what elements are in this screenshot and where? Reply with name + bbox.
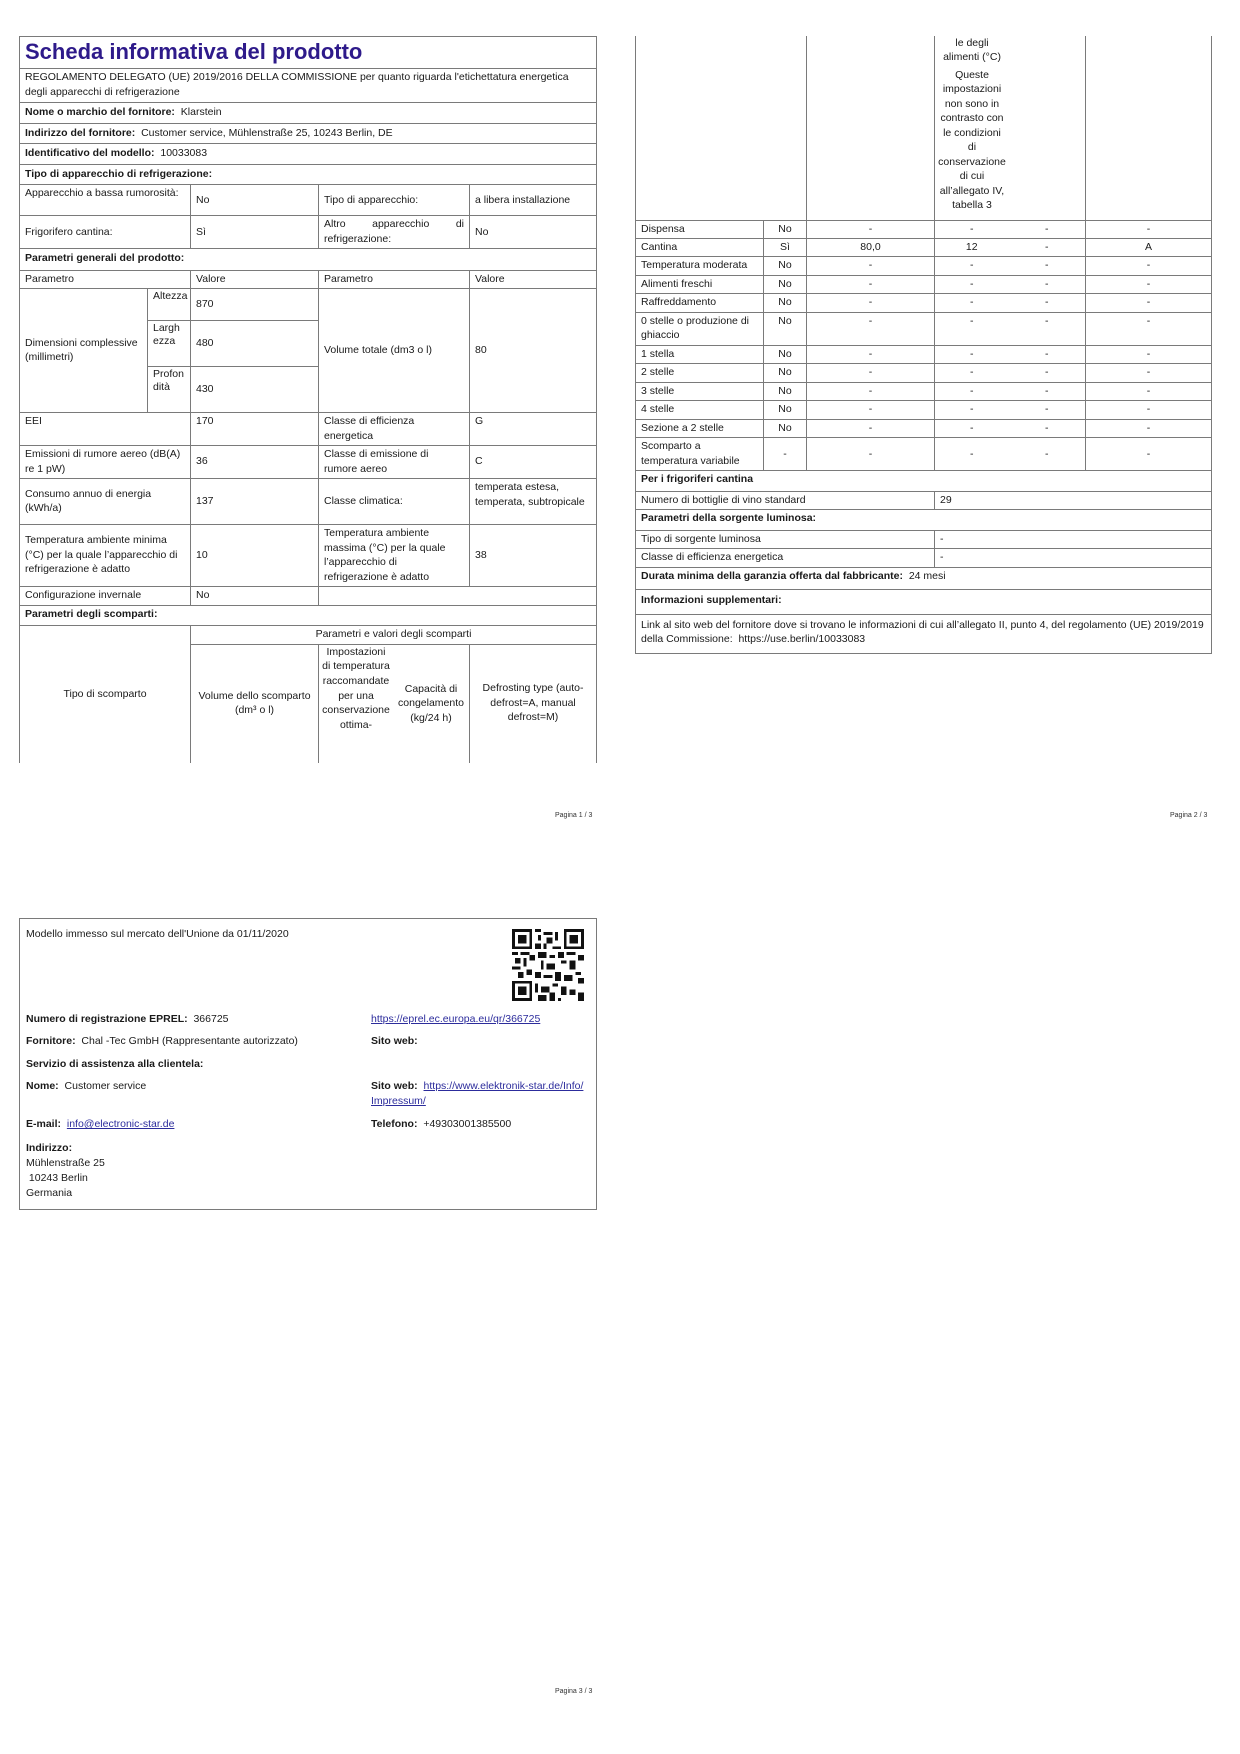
compartment-freezing: - (1009, 401, 1086, 419)
supplier-address-row: Indirizzo del fornitore: Customer servic… (20, 123, 596, 143)
empty-cell (807, 36, 935, 220)
compartment-defrost: A (1086, 238, 1212, 256)
energy-consumption-value: 137 (191, 479, 319, 525)
compartment-volume: - (807, 345, 935, 363)
dimensions-label: Dimensioni complessive (millimetri) (20, 289, 148, 413)
header-value-2: Valore (470, 271, 597, 289)
compartment-present: No (764, 345, 807, 363)
model-id: 10033083 (160, 147, 207, 159)
website-label: Sito web: (371, 1034, 418, 1048)
depth-value: 430 (191, 367, 319, 413)
compartment-defrost: - (1086, 438, 1212, 471)
compartment-freezing: - (1009, 294, 1086, 312)
eei-label: EEI (20, 413, 191, 446)
compartments-table: le degli alimenti (°C) Queste impostazio… (635, 36, 1212, 492)
noise-emission-label: Emissioni di rumore aereo (dB(A) re 1 pW… (20, 446, 191, 479)
compartment-volume: - (807, 275, 935, 293)
table-row: RaffreddamentoNo---- (636, 294, 1212, 312)
page-2: le degli alimenti (°C) Queste impostazio… (635, 36, 1212, 654)
page-number-1: Pagina 1 / 3 (555, 811, 592, 821)
customer-service-heading: Servizio di assistenza alla clientela: (26, 1057, 203, 1071)
table-row: 2 stelleNo---- (636, 364, 1212, 382)
max-temp-label: Temperatura ambiente massima (°C) per la… (319, 525, 470, 587)
compartment-volume-header: Volume dello scomparto (dm³ o l) (191, 644, 319, 763)
temperature-header-cont: le degli alimenti (°C) (938, 36, 1006, 65)
table-row: CantinaSì80,012-A (636, 238, 1212, 256)
compartment-freezing: - (1009, 220, 1086, 238)
depth-label: Profondità (148, 367, 191, 413)
noise-class-value: C (470, 446, 597, 479)
compartment-present: Sì (764, 238, 807, 256)
phone-row: Telefono: +49303001385500 (371, 1117, 511, 1131)
compartment-type: 1 stella (636, 345, 764, 363)
model-id-label: Identificativo del modello: (25, 147, 155, 159)
additional-link[interactable]: https://use.berlin/10033083 (738, 633, 865, 645)
total-volume-value: 80 (470, 289, 597, 413)
eprel-number: 366725 (193, 1013, 228, 1025)
light-class-label: Classe di efficienza energetica (636, 549, 935, 567)
page-title: Scheda informativa del prodotto (20, 37, 596, 68)
freezing-capacity-header: Capacità di congelamento (kg/24 h) (393, 645, 469, 763)
table-row: Apparecchio a bassa rumorosità: No Tipo … (20, 185, 597, 216)
appliance-type-label: Tipo di apparecchio: (319, 185, 470, 216)
compartment-type: Cantina (636, 238, 764, 256)
cs-website-row: Sito web: https://www.elektronik-star.de… (371, 1079, 586, 1109)
compartment-present: No (764, 401, 807, 419)
compartment-temperature: - (935, 419, 1009, 437)
compartment-volume: - (807, 364, 935, 382)
page-1: Scheda informativa del prodotto REGOLAME… (19, 36, 597, 763)
table-row: Configurazione invernale No (20, 587, 597, 605)
table-row: Temperatura ambiente minima (°C) per la … (20, 525, 597, 587)
header-param-2: Parametro (319, 271, 470, 289)
compartment-volume: - (807, 382, 935, 400)
energy-class-label: Classe di efficienza energetica (319, 413, 470, 446)
supplier-address-label: Indirizzo del fornitore: (25, 127, 135, 139)
temperature-header: Impostazioni di temperatura raccomandate… (319, 645, 393, 763)
additional-text: Link al sito web del fornitore dove si t… (641, 619, 1204, 645)
warranty-value: 24 mesi (909, 570, 946, 582)
compartment-temperature: - (935, 345, 1009, 363)
eprel-label: Numero di registrazione EPREL: (26, 1013, 188, 1025)
compartment-temperature: - (935, 382, 1009, 400)
compartment-freezing: - (1009, 238, 1086, 256)
climate-class-label: Classe climatica: (319, 479, 470, 525)
temperature-header-note: Queste impostazioni non sono in contrast… (938, 68, 1006, 213)
address-line: 10243 Berlin (26, 1171, 105, 1186)
compartment-volume: - (807, 257, 935, 275)
email-row: E-mail: info@electronic-star.de (26, 1117, 174, 1131)
noise-class-label: Classe di emissione di rumore aereo (319, 446, 470, 479)
page-3: Modello immesso sul mercato dell'Unione … (19, 918, 597, 1210)
table-row: Scomparto a temperatura variabile----- (636, 438, 1212, 471)
name-label: Nome: (26, 1080, 59, 1092)
market-date: Modello immesso sul mercato dell'Unione … (26, 927, 289, 941)
light-heading: Parametri della sorgente luminosa: (636, 510, 1212, 530)
table-header-row: Parametro Valore Parametro Valore (20, 271, 597, 289)
compartment-freezing: - (1009, 419, 1086, 437)
compartment-freezing: - (1009, 364, 1086, 382)
compartment-temperature: - (935, 294, 1009, 312)
compartment-present: No (764, 364, 807, 382)
wine-bottles-label: Numero di bottiglie di vino standard (636, 491, 935, 509)
cs-website-label: Sito web: (371, 1080, 418, 1092)
compartment-type: Raffreddamento (636, 294, 764, 312)
name-row: Nome: Customer service (26, 1079, 146, 1093)
name-value: Customer service (65, 1080, 147, 1092)
empty-cell (319, 587, 597, 605)
page-number-2: Pagina 2 / 3 (1170, 811, 1207, 821)
table-row: Temperatura moderataNo---- (636, 257, 1212, 275)
warranty-label: Durata minima della garanzia offerta dal… (641, 570, 903, 582)
wine-cooler-label: Frigorifero cantina: (20, 216, 191, 249)
supplier-name-row: Nome o marchio del fornitore: Klarstein (20, 102, 596, 122)
email-label: E-mail: (26, 1118, 61, 1130)
email-link[interactable]: info@electronic-star.de (67, 1118, 175, 1130)
compartment-present: No (764, 312, 807, 345)
compartment-temperature: 12 (935, 238, 1009, 256)
height-value: 870 (191, 289, 319, 321)
temp-freezing-header-cell: Impostazioni di temperatura raccomandate… (319, 644, 470, 763)
eprel-link[interactable]: https://eprel.ec.europa.eu/qr/366725 (371, 1012, 540, 1026)
table-row: Consumo annuo di energia (kWh/a) 137 Cla… (20, 479, 597, 525)
compartment-volume: - (807, 438, 935, 471)
compartment-freezing: - (1009, 438, 1086, 471)
light-class-value: - (935, 549, 1212, 567)
compartment-type: Dispensa (636, 220, 764, 238)
light-type-value: - (935, 530, 1212, 548)
address-label: Indirizzo: (26, 1141, 105, 1156)
compartment-volume: - (807, 312, 935, 345)
eei-value: 170 (191, 413, 319, 446)
compartment-type: Sezione a 2 stelle (636, 419, 764, 437)
appliance-type-heading: Tipo di apparecchio di refrigerazione: (20, 164, 596, 184)
light-type-label: Tipo di sorgente luminosa (636, 530, 935, 548)
header-value: Valore (191, 271, 319, 289)
compartment-defrost: - (1086, 419, 1212, 437)
winter-config-label: Configurazione invernale (20, 587, 191, 605)
compartment-volume: - (807, 220, 935, 238)
additional-heading: Informazioni supplementari: (636, 590, 1212, 614)
address-line: Germania (26, 1186, 105, 1201)
compartment-type: Temperatura moderata (636, 257, 764, 275)
general-params-heading: Parametri generali del prodotto: (20, 249, 597, 270)
wine-cooler-value: Sì (191, 216, 319, 249)
low-noise-value: No (191, 185, 319, 216)
compartment-temperature: - (935, 364, 1009, 382)
address-line: Mühlenstraße 25 (26, 1156, 105, 1171)
empty-cell (636, 36, 807, 220)
compartments-heading: Parametri degli scomparti: (20, 605, 597, 625)
height-label: Altezza (148, 289, 191, 321)
table-row: EEI 170 Classe di efficienza energetica … (20, 413, 597, 446)
table-row: Emissioni di rumore aereo (dB(A) re 1 pW… (20, 446, 597, 479)
table-row: DispensaNo---- (636, 220, 1212, 238)
compartment-freezing: - (1009, 312, 1086, 345)
compartment-type: 2 stelle (636, 364, 764, 382)
compartment-freezing: - (1009, 275, 1086, 293)
header-param: Parametro (20, 271, 191, 289)
compartment-type: Scomparto a temperatura variabile (636, 438, 764, 471)
appliance-type-table: Apparecchio a bassa rumorosità: No Tipo … (19, 184, 597, 270)
compartment-type: 4 stelle (636, 401, 764, 419)
compartment-present: No (764, 294, 807, 312)
compartment-defrost: - (1086, 257, 1212, 275)
compartment-present: No (764, 419, 807, 437)
compartment-type-header: Tipo di scomparto (20, 626, 191, 762)
compartment-present: No (764, 382, 807, 400)
qr-code-icon[interactable] (512, 929, 584, 1001)
compartments-header-table: Tipo di scomparto Parametri e valori deg… (19, 626, 597, 762)
compartment-defrost: - (1086, 382, 1212, 400)
address-block: Indirizzo: Mühlenstraße 25 10243 Berlin … (26, 1141, 105, 1201)
table-row: Sezione a 2 stelleNo---- (636, 419, 1212, 437)
other-appliance-label: Altro apparecchio di refrigerazione: (319, 216, 470, 249)
supplier-name: Klarstein (181, 106, 222, 118)
compartment-present: No (764, 257, 807, 275)
compartment-defrost: - (1086, 312, 1212, 345)
compartment-freezing: - (1009, 257, 1086, 275)
table-row: Alimenti freschiNo---- (636, 275, 1212, 293)
table-row: 1 stellaNo---- (636, 345, 1212, 363)
compartment-temperature: - (935, 220, 1009, 238)
max-temp-value: 38 (470, 525, 597, 587)
model-id-row: Identificativo del modello: 10033083 (20, 143, 596, 163)
compartment-defrost: - (1086, 401, 1212, 419)
appliance-type-value: a libera installazione (470, 185, 597, 216)
supplier-value: Chal -Tec GmbH (Rappresentante autorizza… (81, 1035, 298, 1047)
compartment-volume: 80,0 (807, 238, 935, 256)
wine-bottles-value: 29 (935, 491, 1212, 509)
compartment-freezing: - (1009, 382, 1086, 400)
eprel-row: Numero di registrazione EPREL: 366725 (26, 1012, 229, 1026)
compartment-defrost: - (1086, 294, 1212, 312)
compartment-present: No (764, 220, 807, 238)
width-value: 480 (191, 321, 319, 367)
compartment-defrost: - (1086, 364, 1212, 382)
compartment-temperature: - (935, 275, 1009, 293)
supplier-row: Fornitore: Chal -Tec GmbH (Rappresentant… (26, 1034, 298, 1048)
compartment-volume: - (807, 401, 935, 419)
compartment-temperature: - (935, 401, 1009, 419)
compartment-present: - (764, 438, 807, 471)
low-noise-label: Apparecchio a bassa rumorosità: (20, 185, 191, 216)
winter-config-value: No (191, 587, 319, 605)
wine-heading: Per i frigoriferi cantina (636, 471, 1212, 491)
energy-class-value: G (470, 413, 597, 446)
compartment-temperature: - (935, 257, 1009, 275)
total-volume-label: Volume totale (dm3 o l) (319, 289, 470, 413)
compartment-type: 0 stelle o produzione di ghiaccio (636, 312, 764, 345)
climate-class-value: temperata estesa, temperata, subtropical… (470, 479, 597, 525)
additional-info: Link al sito web del fornitore dove si t… (636, 614, 1212, 653)
supplier-name-label: Nome o marchio del fornitore: (25, 106, 175, 118)
compartment-defrost: - (1086, 220, 1212, 238)
phone-label: Telefono: (371, 1118, 417, 1130)
other-appliance-value: No (470, 216, 597, 249)
compartment-temperature: - (935, 312, 1009, 345)
compartment-type: 3 stelle (636, 382, 764, 400)
compartment-type: Alimenti freschi (636, 275, 764, 293)
regulation-text: REGOLAMENTO DELEGATO (UE) 2019/2016 DELL… (20, 68, 596, 102)
empty-cell (1086, 36, 1212, 220)
compartment-temperature: - (935, 438, 1009, 471)
compartment-group-header: Parametri e valori degli scomparti (191, 626, 597, 644)
compartment-volume: - (807, 294, 935, 312)
compartment-defrost: - (1086, 345, 1212, 363)
warranty-row: Durata minima della garanzia offerta dal… (636, 567, 1212, 589)
compartment-freezing: - (1009, 345, 1086, 363)
energy-consumption-label: Consumo annuo di energia (kWh/a) (20, 479, 191, 525)
temp-header-continued: le degli alimenti (°C) Queste impostazio… (935, 36, 1086, 220)
min-temp-label: Temperatura ambiente minima (°C) per la … (20, 525, 191, 587)
noise-emission-value: 36 (191, 446, 319, 479)
compartment-present: No (764, 275, 807, 293)
general-params-table: Parametro Valore Parametro Valore Dimens… (19, 271, 597, 626)
table-row: 3 stelleNo---- (636, 382, 1212, 400)
page-number-3: Pagina 3 / 3 (555, 1687, 592, 1697)
supplier-label: Fornitore: (26, 1035, 76, 1047)
defrost-type-header: Defrosting type (auto-defrost=A, manual … (470, 644, 597, 763)
table-row: 4 stelleNo---- (636, 401, 1212, 419)
width-label: Larghezza (148, 321, 191, 367)
min-temp-value: 10 (191, 525, 319, 587)
table-row: 0 stelle o produzione di ghiaccioNo---- (636, 312, 1212, 345)
table-row: Frigorifero cantina: Sì Altro apparecchi… (20, 216, 597, 249)
wine-light-table: Numero di bottiglie di vino standard 29 … (635, 491, 1212, 654)
phone-value: +49303001385500 (423, 1118, 511, 1130)
compartment-volume: - (807, 419, 935, 437)
compartment-defrost: - (1086, 275, 1212, 293)
supplier-address: Customer service, Mühlenstraße 25, 10243… (141, 127, 393, 139)
eprel-box: Modello immesso sul mercato dell'Unione … (19, 918, 597, 1210)
